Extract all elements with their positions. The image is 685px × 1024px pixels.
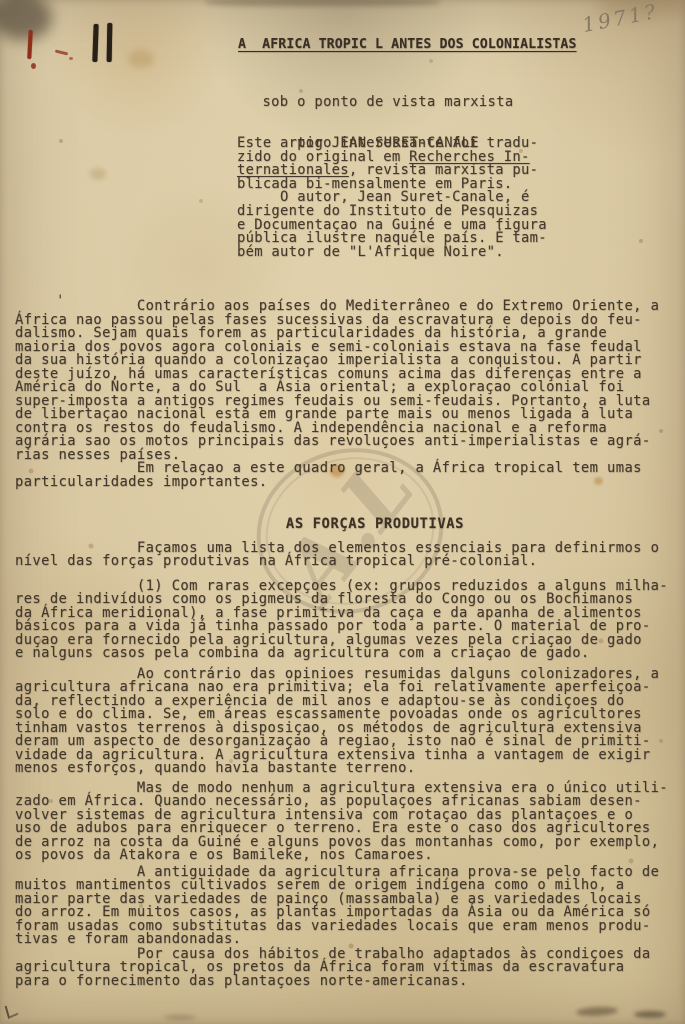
paragraph: Contrário aos países do Mediterrâneo e d… bbox=[15, 300, 685, 489]
red-pen-dot bbox=[69, 57, 73, 60]
red-pen-dot bbox=[31, 63, 36, 69]
text-line: nível das forças produtivas na África tr… bbox=[15, 555, 685, 569]
red-pen-mark bbox=[27, 30, 32, 59]
paragraph: A antiguidade da agricultura africana pr… bbox=[15, 866, 685, 947]
pen-check-mark bbox=[5, 1002, 19, 1019]
text-line: e nalguns casos pela combina da agricult… bbox=[15, 647, 685, 661]
paper-speckles bbox=[0, 0, 2, 2]
handwritten-page-number-stroke bbox=[107, 23, 112, 62]
paragraph: (1) Com raras excepçoes (ex: grupos redu… bbox=[15, 580, 685, 661]
text-line: para o fornecimento das plantaçoes norte… bbox=[15, 975, 685, 989]
text-line: tivas e foram abandonadas. bbox=[15, 933, 685, 947]
handwritten-year-note: 1971? bbox=[580, 0, 660, 37]
paragraph: Façamos uma lista dos elementos essencia… bbox=[15, 542, 685, 569]
text-line: os povos da Atakora e os Bamileke, nos C… bbox=[15, 849, 685, 863]
section-heading: AS FORÇAS PRODUTIVAS bbox=[40, 518, 685, 532]
document-title: A AFRICA TROPIC L ANTES DOS COLONIALISTA… bbox=[238, 37, 577, 52]
paragraph: Mas de modo nenhum a agricultura extensi… bbox=[15, 782, 685, 863]
paper-stain bbox=[128, 50, 154, 68]
text-line: particularidades importantes. bbox=[15, 476, 685, 490]
bottom-smudge bbox=[576, 1006, 618, 1017]
paper-stain bbox=[90, 168, 106, 180]
text-line: bém autor de "L'Afrique Noire". bbox=[237, 246, 547, 260]
article-body: Contrário aos países do Mediterrâneo e d… bbox=[15, 300, 685, 988]
scan-edge-smudge bbox=[205, 0, 440, 6]
scanned-document-page: 1971? ' A.L A AFRICA TROPIC L ANTES DOS … bbox=[0, 0, 685, 1024]
paragraph: Por causa dos hábitos de trabalho adapta… bbox=[15, 948, 685, 989]
bottom-smudge bbox=[164, 1015, 196, 1020]
text-line: menos esforços, quando havia bastante te… bbox=[15, 762, 685, 776]
editorial-intro-block: Este artigo interessante foi tradu-zido … bbox=[237, 137, 547, 259]
subtitle: sob o ponto de vista marxista bbox=[258, 96, 518, 110]
paragraph: Ao contrário das opinioes resumidas dalg… bbox=[15, 668, 685, 776]
bottom-smudge bbox=[634, 1011, 666, 1018]
handwritten-page-number-stroke bbox=[92, 24, 98, 62]
red-pen-dash bbox=[55, 49, 68, 55]
